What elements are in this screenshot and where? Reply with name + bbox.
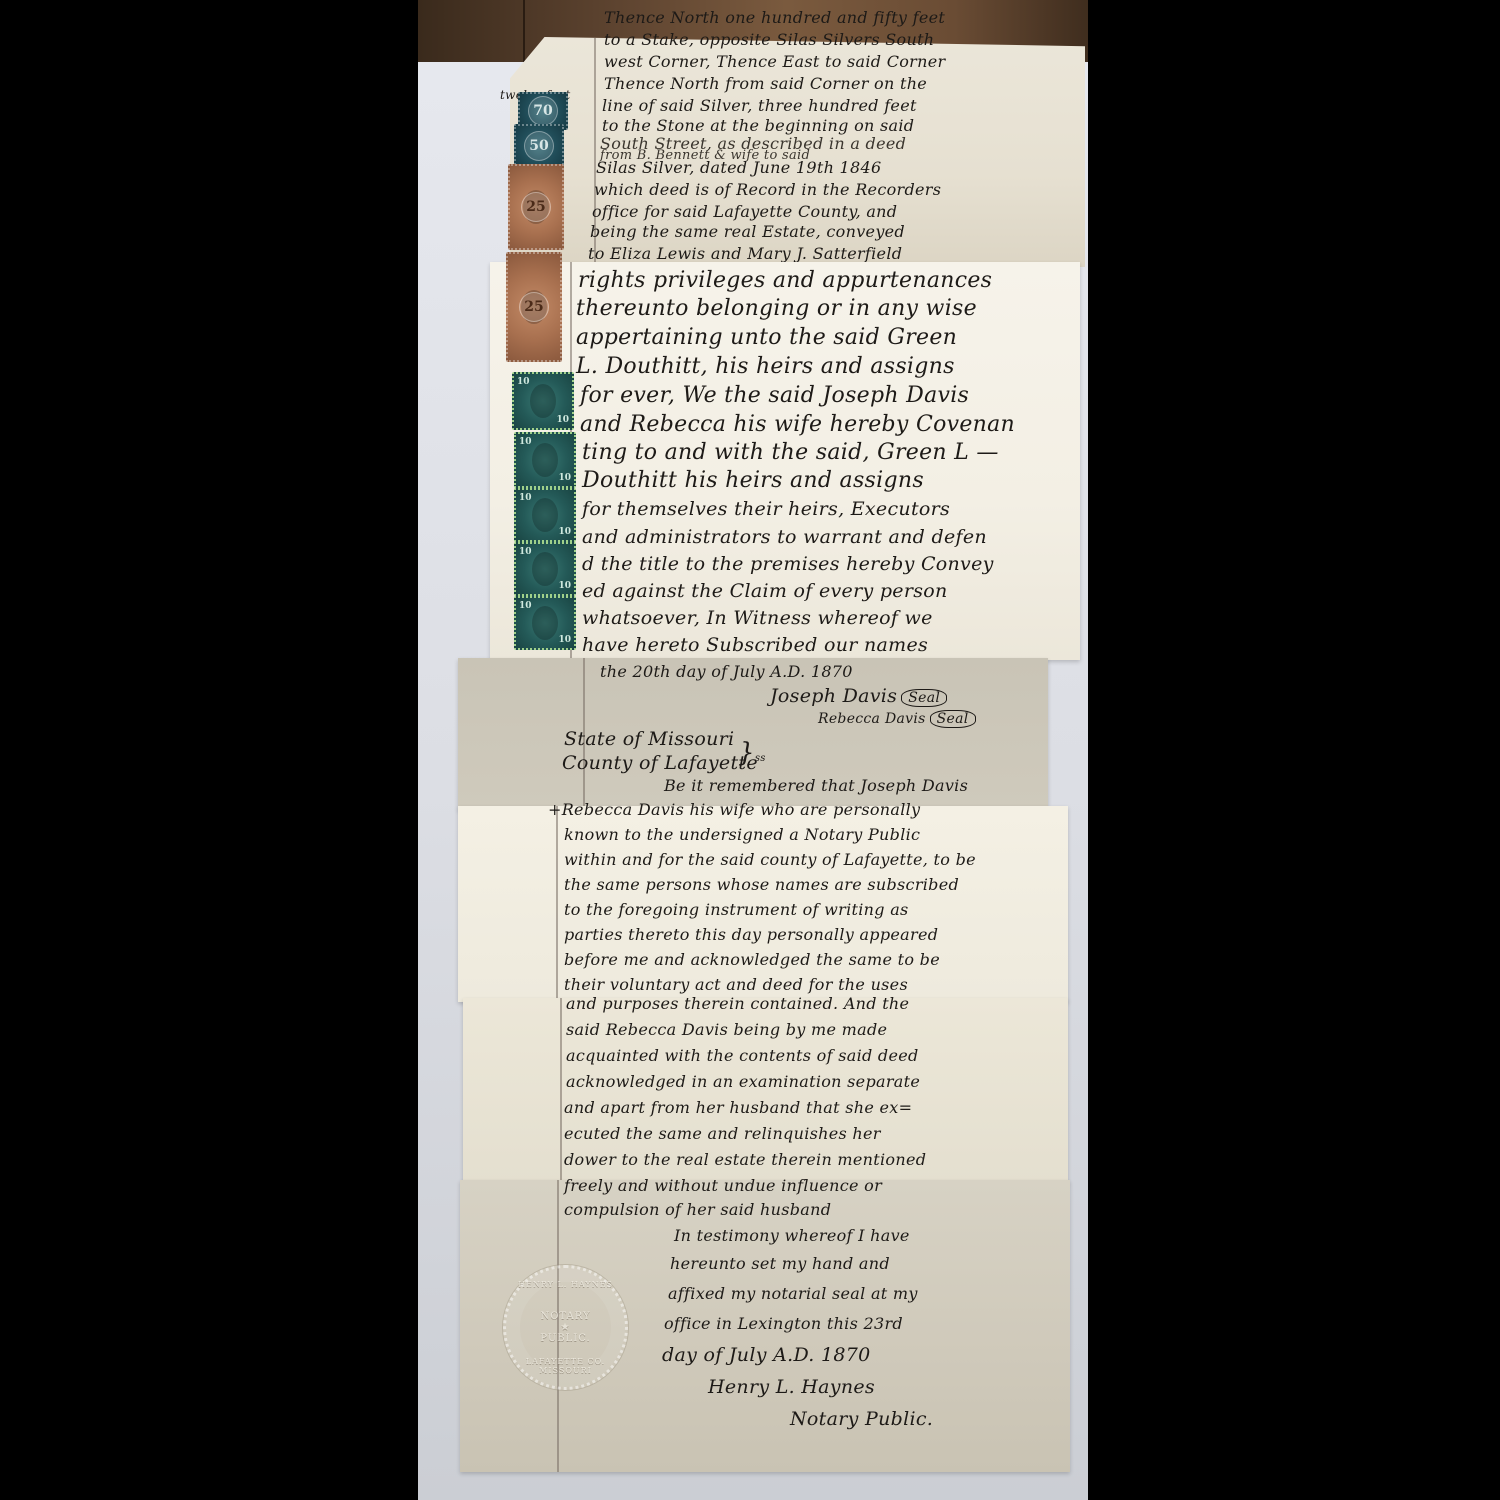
deed-line: Silas Silver, dated June 19th 1846 bbox=[596, 158, 881, 177]
deed-line: thereunto belonging or in any wise bbox=[576, 296, 977, 321]
revenue-stamp: 25 bbox=[508, 164, 564, 250]
venue-state: State of Missouri bbox=[564, 728, 734, 750]
deed-line: to a Stake, opposite Silas Silvers South bbox=[604, 30, 934, 49]
deed-line: to the Stone at the beginning on said bbox=[602, 116, 914, 135]
photo-frame: twelve feet Thence North one hundred and… bbox=[0, 0, 1500, 1500]
deed-line: and administrators to warrant and defen bbox=[582, 526, 987, 548]
ack-line: ecuted the same and relinquishes her bbox=[564, 1124, 881, 1143]
testimony-line: affixed my notarial seal at my bbox=[668, 1284, 918, 1303]
revenue-stamp: 1010 bbox=[514, 432, 576, 488]
deed-line: and Rebecca his wife hereby Covenan bbox=[580, 412, 1015, 437]
deed-line: whatsoever, In Witness whereof we bbox=[582, 607, 933, 629]
revenue-stamp: 1010 bbox=[514, 542, 576, 596]
ack-line: their voluntary act and deed for the use… bbox=[564, 975, 908, 994]
signature-rebecca-davis: Rebecca DavisSeal bbox=[818, 710, 976, 728]
revenue-stamp: 25 bbox=[506, 252, 562, 362]
deed-line: office for said Lafayette County, and bbox=[592, 202, 897, 221]
venue-brace: }ss bbox=[738, 738, 766, 768]
revenue-stamp: 1010 bbox=[514, 488, 576, 542]
notary-seal-embossed: HENRY L. HAYNES NOTARY ★ PUBLIC. LAFAYET… bbox=[503, 1265, 628, 1390]
photograph: twelve feet Thence North one hundred and… bbox=[418, 0, 1088, 1500]
ack-line: acknowledged in an examination separate bbox=[566, 1072, 920, 1091]
deed-line: for themselves their heirs, Executors bbox=[582, 498, 950, 520]
testimony-line: hereunto set my hand and bbox=[670, 1254, 890, 1273]
testimony-line: day of July A.D. 1870 bbox=[662, 1344, 871, 1366]
notary-signature: Henry L. Haynes bbox=[708, 1376, 875, 1398]
testimony-line: In testimony whereof I have bbox=[674, 1226, 910, 1245]
revenue-stamp: 50 bbox=[514, 124, 564, 168]
deed-line: d the title to the premises hereby Conve… bbox=[582, 553, 994, 575]
deed-line: L. Douthitt, his heirs and assigns bbox=[576, 354, 955, 379]
deed-line: rights privileges and appurtenances bbox=[578, 268, 992, 293]
revenue-stamp: 1010 bbox=[512, 372, 574, 430]
ack-line: said Rebecca Davis being by me made bbox=[566, 1020, 887, 1039]
ack-line: and apart from her husband that she ex= bbox=[564, 1098, 912, 1117]
ack-line: the same persons whose names are subscri… bbox=[564, 875, 959, 894]
ack-line: Be it remembered that Joseph Davis bbox=[664, 776, 968, 795]
deed-line: appertaining unto the said Green bbox=[576, 325, 957, 350]
ack-line: before me and acknowledged the same to b… bbox=[564, 950, 940, 969]
deed-line: to Eliza Lewis and Mary J. Satterfield bbox=[588, 244, 902, 263]
ack-line: within and for the said county of Lafaye… bbox=[564, 850, 976, 869]
deed-line: have hereto Subscribed our names bbox=[582, 634, 928, 656]
execution-date: the 20th day of July A.D. 1870 bbox=[600, 662, 853, 681]
ack-line: freely and without undue influence or bbox=[564, 1176, 882, 1195]
deed-line: Thence North one hundred and fifty feet bbox=[604, 8, 945, 27]
ack-line: dower to the real estate therein mention… bbox=[564, 1150, 926, 1169]
ack-line: acquainted with the contents of said dee… bbox=[566, 1046, 919, 1065]
notary-title: Notary Public. bbox=[790, 1408, 933, 1430]
revenue-stamp: 1010 bbox=[514, 596, 576, 650]
ack-line: known to the undersigned a Notary Public bbox=[564, 825, 920, 844]
deed-line: which deed is of Record in the Recorders bbox=[594, 180, 941, 199]
deed-line: being the same real Estate, conveyed bbox=[590, 222, 905, 241]
deed-line: for ever, We the said Joseph Davis bbox=[580, 383, 969, 408]
deed-line: ting to and with the said, Green L — bbox=[582, 440, 999, 465]
signature-joseph-davis: Joseph DavisSeal bbox=[770, 685, 947, 707]
deed-line: west Corner, Thence East to said Corner bbox=[604, 52, 945, 71]
ack-line: to the foregoing instrument of writing a… bbox=[564, 900, 909, 919]
deed-line: line of said Silver, three hundred feet bbox=[602, 96, 917, 115]
deed-line: Thence North from said Corner on the bbox=[604, 74, 927, 93]
venue-county: County of Lafayette bbox=[562, 752, 758, 774]
deed-line: Douthitt his heirs and assigns bbox=[582, 468, 924, 493]
ack-line: +Rebecca Davis his wife who are personal… bbox=[548, 800, 920, 819]
testimony-line: office in Lexington this 23rd bbox=[664, 1314, 903, 1333]
ack-line: compulsion of her said husband bbox=[564, 1200, 831, 1219]
ack-line: and purposes therein contained. And the bbox=[566, 994, 909, 1013]
ack-line: parties thereto this day personally appe… bbox=[564, 925, 938, 944]
deed-line: ed against the Claim of every person bbox=[582, 580, 948, 602]
